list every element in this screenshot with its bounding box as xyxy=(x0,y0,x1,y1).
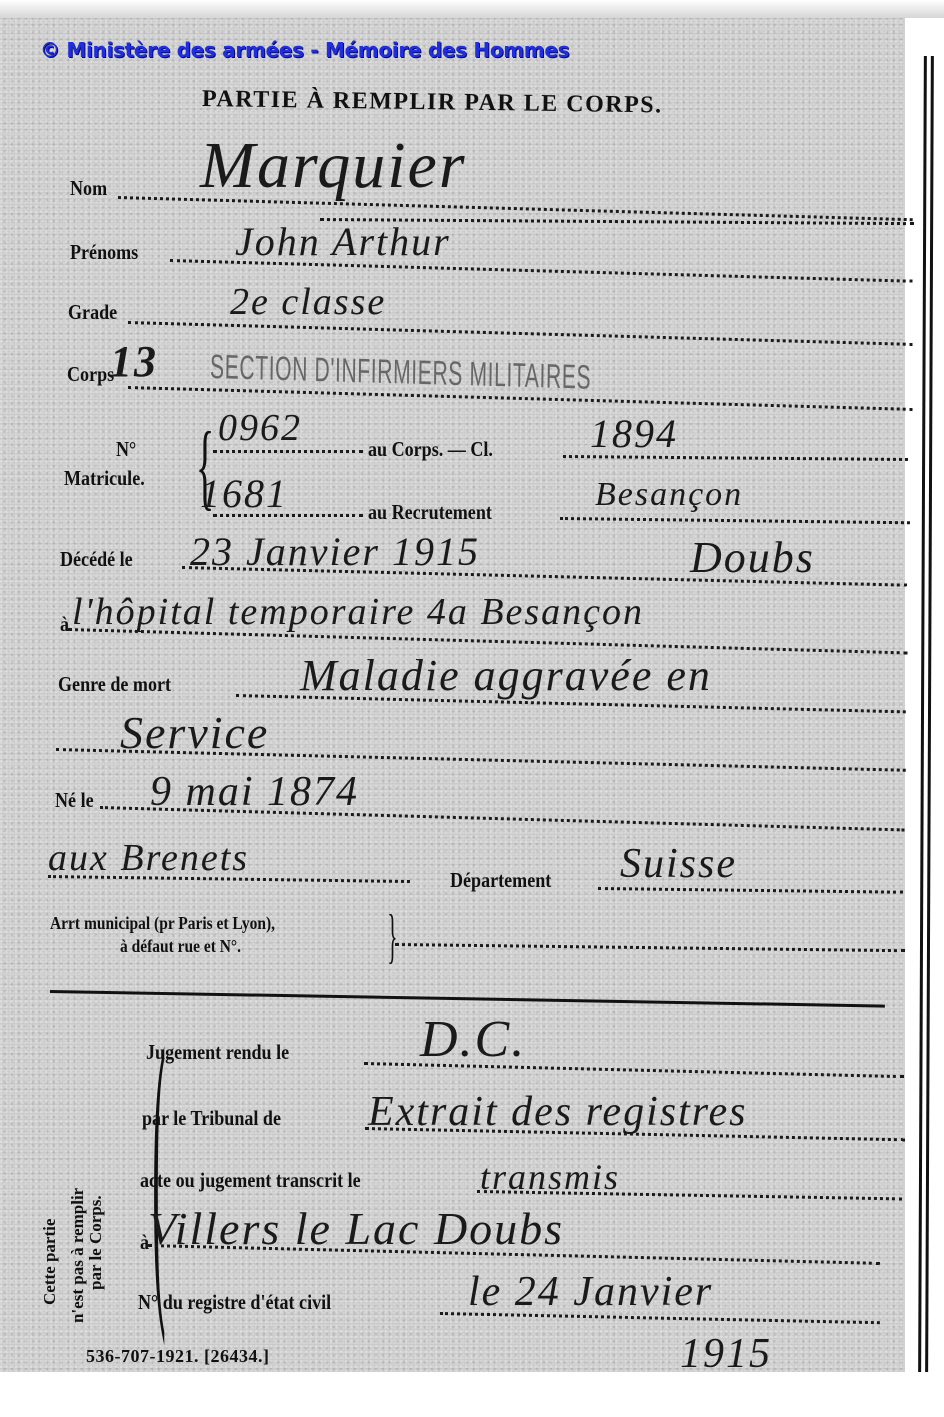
tribunal-value: Extrait des registres xyxy=(368,1088,748,1136)
transcrit-label: acte ou jugement transcrit le xyxy=(140,1168,361,1193)
jugement-label: Jugement rendu le xyxy=(146,1040,289,1065)
registre-value-2: 1915 xyxy=(680,1330,772,1378)
au-recrutement-label: au Recrutement xyxy=(368,500,492,525)
transcrit-value: transmis xyxy=(480,1156,620,1198)
naissance-date: 9 mai 1874 xyxy=(150,768,359,816)
arrondissement-brace: } xyxy=(387,902,397,971)
classe-value: 1894 xyxy=(590,410,678,457)
watermark-copyright: © Ministère des armées - Mémoire des Hom… xyxy=(40,38,569,62)
form-reference-number: 536-707-1921. [26434.] xyxy=(86,1346,269,1367)
right-border-line xyxy=(925,56,934,1372)
scan-edge xyxy=(0,0,944,18)
jugement-value: D.C. xyxy=(420,1010,526,1069)
matricule-recrutement-value: 1681 xyxy=(200,470,288,517)
side-note-line-2: n'est pas à remplir xyxy=(68,1188,88,1323)
genre-mort-label: Genre de mort xyxy=(58,672,171,697)
registre-value-1: le 24 Janvier xyxy=(468,1268,713,1316)
side-note: Cette partie n'est pas à remplir par le … xyxy=(28,1085,128,1305)
lieu-value: Villers le Lac Doubs xyxy=(148,1202,564,1255)
deces-dept: Doubs xyxy=(690,532,815,583)
grade-label: Grade xyxy=(68,300,117,325)
matricule-label-no: N° xyxy=(116,437,136,462)
tribunal-label: par le Tribunal de xyxy=(142,1106,281,1131)
genre-mort-value-2: Service xyxy=(120,706,269,759)
matricule-corps-line xyxy=(213,450,363,453)
grade-value: 2e classe xyxy=(230,280,386,324)
recrutement-place: Besançon xyxy=(595,476,743,514)
departement-label: Département xyxy=(450,868,551,893)
prenoms-label: Prénoms xyxy=(70,240,138,265)
naissance-lieu: aux Brenets xyxy=(48,836,249,880)
nom-label: Nom xyxy=(70,176,107,201)
prenoms-value: John Arthur xyxy=(235,218,451,265)
naissance-dept: Suisse xyxy=(620,840,737,888)
au-corps-label: au Corps. — Cl. xyxy=(368,437,493,462)
side-note-line-1: Cette partie xyxy=(40,1219,60,1305)
naissance-label: Né le xyxy=(55,788,94,813)
matricule-label: Matricule. xyxy=(64,466,145,491)
deces-lieu: l'hôpital temporaire 4a Besançon xyxy=(72,590,644,634)
genre-mort-value-1: Maladie aggravée en xyxy=(300,650,712,701)
arrondissement-label-2: à défaut rue et N°. xyxy=(120,936,241,957)
matricule-corps-value: 0962 xyxy=(218,406,302,450)
deces-date: 23 Janvier 1915 xyxy=(190,528,480,575)
deces-lieu-label: à xyxy=(60,612,69,637)
corps-value: 13 xyxy=(110,336,158,387)
corps-label: Corps xyxy=(67,362,114,387)
side-note-line-3: par le Corps. xyxy=(86,1195,106,1290)
registre-label: N° du registre d'état civil xyxy=(138,1290,331,1315)
deces-label: Décédé le xyxy=(60,547,133,572)
arrondissement-label-1: Arrt municipal (pr Paris et Lyon), xyxy=(50,913,275,934)
nom-value: Marquier xyxy=(200,128,467,204)
